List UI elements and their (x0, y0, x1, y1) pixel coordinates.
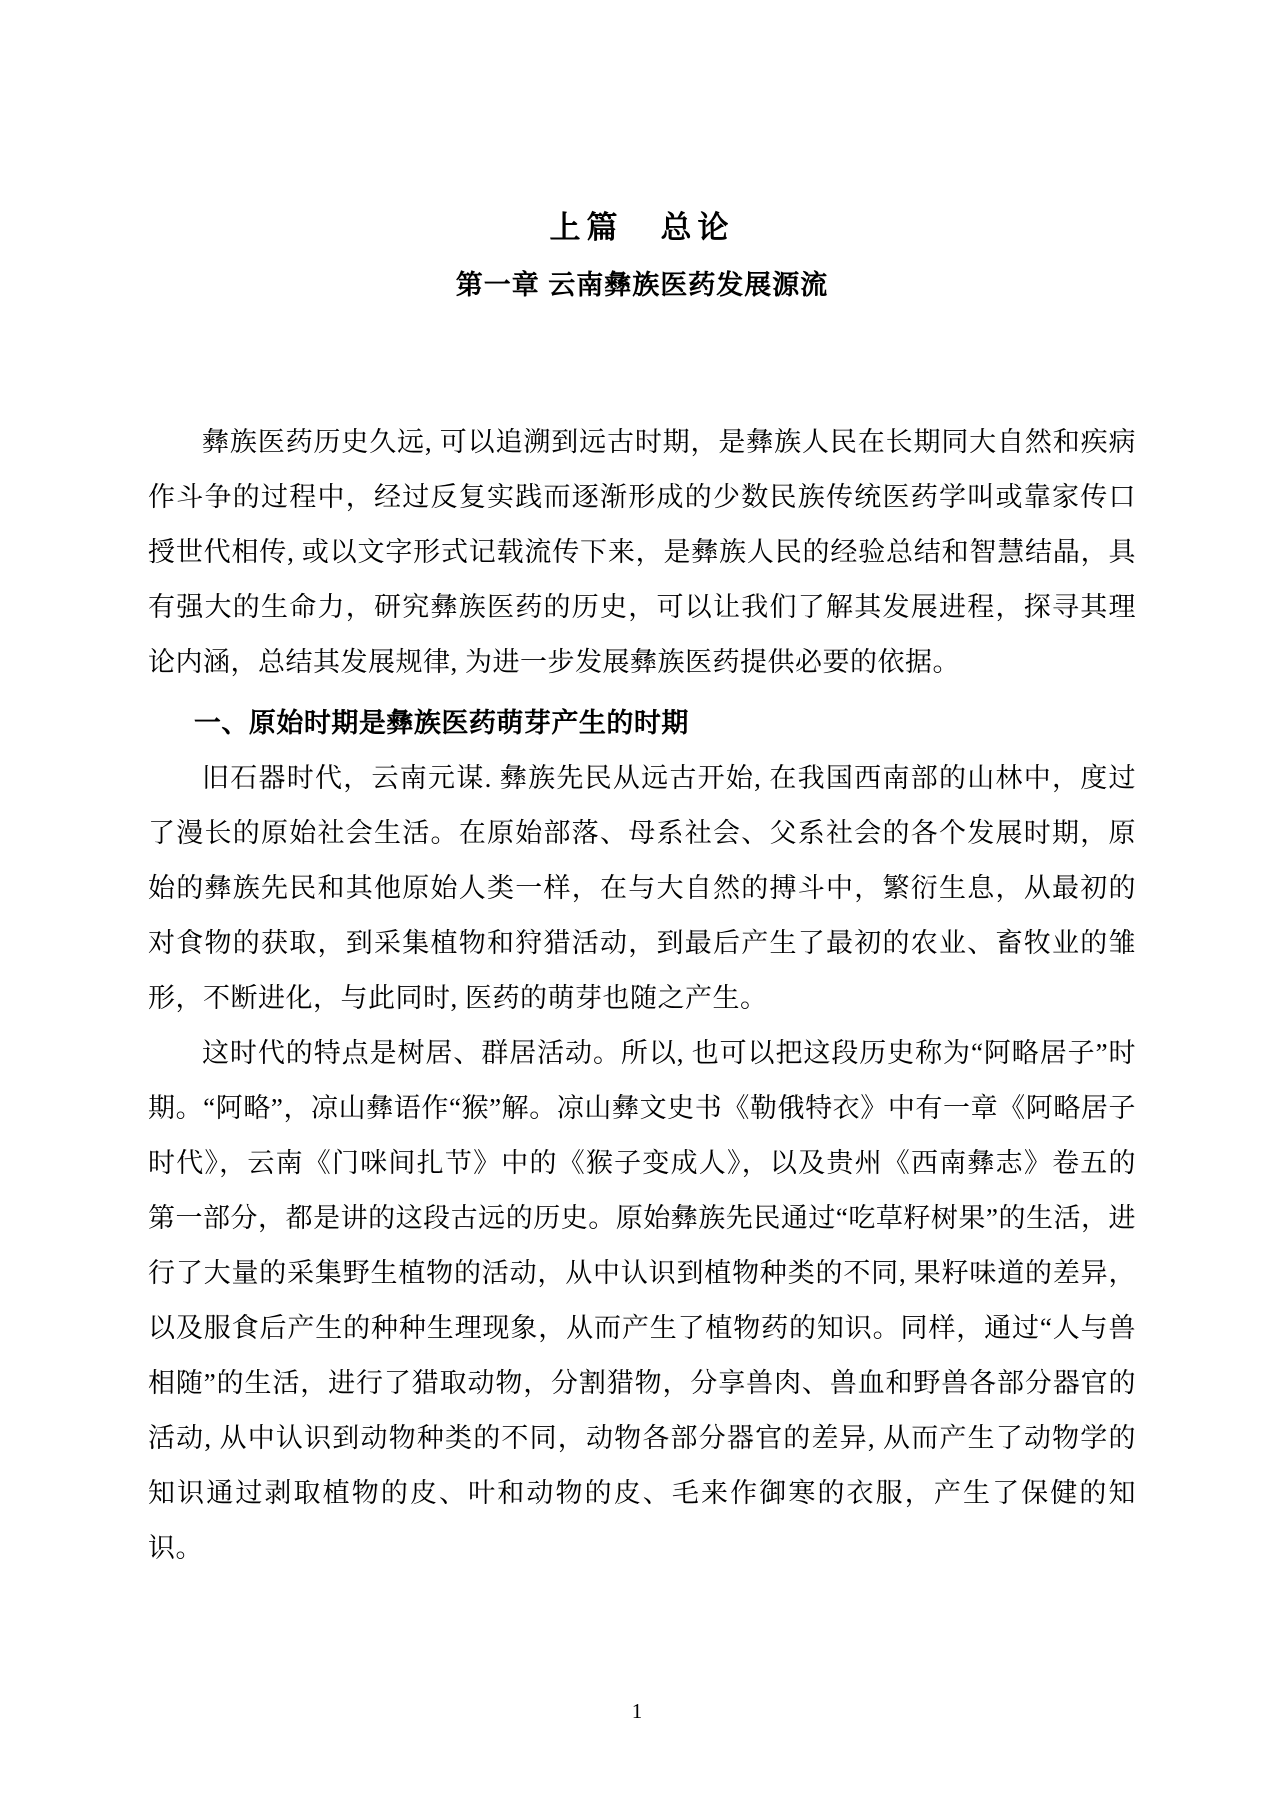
section-heading: 一、原始时期是彝族医药萌芽产生的时期 (148, 696, 1136, 751)
page-number: 1 (0, 1699, 1274, 1723)
paragraph-2: 旧石器时代，云南元谋. 彝族先民从远古开始, 在我国西南部的山林中，度过了漫长的… (148, 751, 1136, 1026)
part-title: 上篇 总论 (148, 205, 1136, 251)
page-content: 上篇 总论 第一章 云南彝族医药发展源流 彝族医药历史久远, 可以追溯到远古时期… (148, 0, 1136, 1576)
intro-paragraph: 彝族医药历史久远, 可以追溯到远古时期，是彝族人民在长期同大自然和疾病作斗争的过… (148, 415, 1136, 690)
document-page: 上篇 总论 第一章 云南彝族医药发展源流 彝族医药历史久远, 可以追溯到远古时期… (0, 0, 1274, 1801)
chapter-title: 第一章 云南彝族医药发展源流 (148, 265, 1136, 305)
paragraph-3: 这时代的特点是树居、群居活动。所以, 也可以把这段历史称为“阿略居子”时期。“阿… (148, 1026, 1136, 1576)
